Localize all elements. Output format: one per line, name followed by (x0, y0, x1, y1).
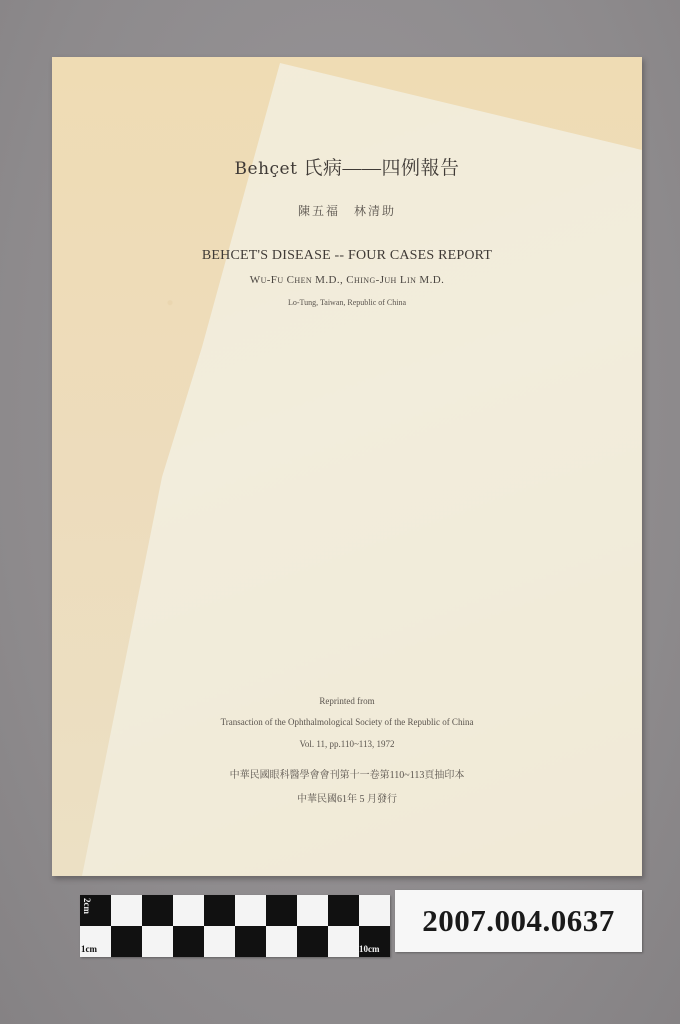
scale-square (173, 895, 204, 926)
scale-bar (80, 895, 390, 957)
scale-square (328, 895, 359, 926)
scale-square (266, 926, 297, 957)
scale-square (359, 895, 390, 926)
scale-label-2cm: 2cm (82, 898, 92, 914)
title-latin: Behçet (235, 159, 298, 179)
title-english: BEHCET'S DISEASE -- FOUR CASES REPORT (52, 248, 642, 264)
title-chinese: 氏病——四例報告 (303, 158, 459, 179)
scale-square (204, 926, 235, 957)
reprint-source-chinese: 中華民國眼科醫學會會刊第十一卷第110~113頁抽印本 (52, 766, 642, 781)
reprint-journal: Transaction of the Ophthalmological Soci… (52, 717, 642, 727)
scale-label-10cm: 10cm (359, 944, 380, 954)
reprint-volume: Vol. 11, pp.110~113, 1972 (52, 739, 642, 749)
scale-label-1cm: 1cm (81, 944, 97, 954)
scale-square (142, 926, 173, 957)
document-title: Behçet氏病——四例報告 (52, 153, 642, 180)
scale-square (173, 926, 204, 957)
scale-square (235, 895, 266, 926)
scale-square (142, 895, 173, 926)
document-content: Behçet氏病——四例報告 陳五福 林清助 BEHCET'S DISEASE … (52, 57, 642, 876)
reprint-from: Reprinted from (52, 696, 642, 706)
scale-square (297, 895, 328, 926)
scale-square (235, 926, 266, 957)
authors-chinese: 陳五福 林清助 (52, 202, 642, 219)
scale-square (297, 926, 328, 957)
scale-square (111, 895, 142, 926)
document-page: Behçet氏病——四例報告 陳五福 林清助 BEHCET'S DISEASE … (52, 57, 642, 876)
accession-number-label: 2007.004.0637 (395, 890, 642, 952)
authors-english: Wu-Fu Chen M.D., Ching-Juh Lin M.D. (52, 274, 642, 286)
scale-square (111, 926, 142, 957)
scale-square (266, 895, 297, 926)
scale-square (328, 926, 359, 957)
affiliation: Lo-Tung, Taiwan, Republic of China (52, 298, 642, 307)
scale-square (204, 895, 235, 926)
reprint-date-chinese: 中華民國61年 5 月發行 (52, 790, 642, 805)
